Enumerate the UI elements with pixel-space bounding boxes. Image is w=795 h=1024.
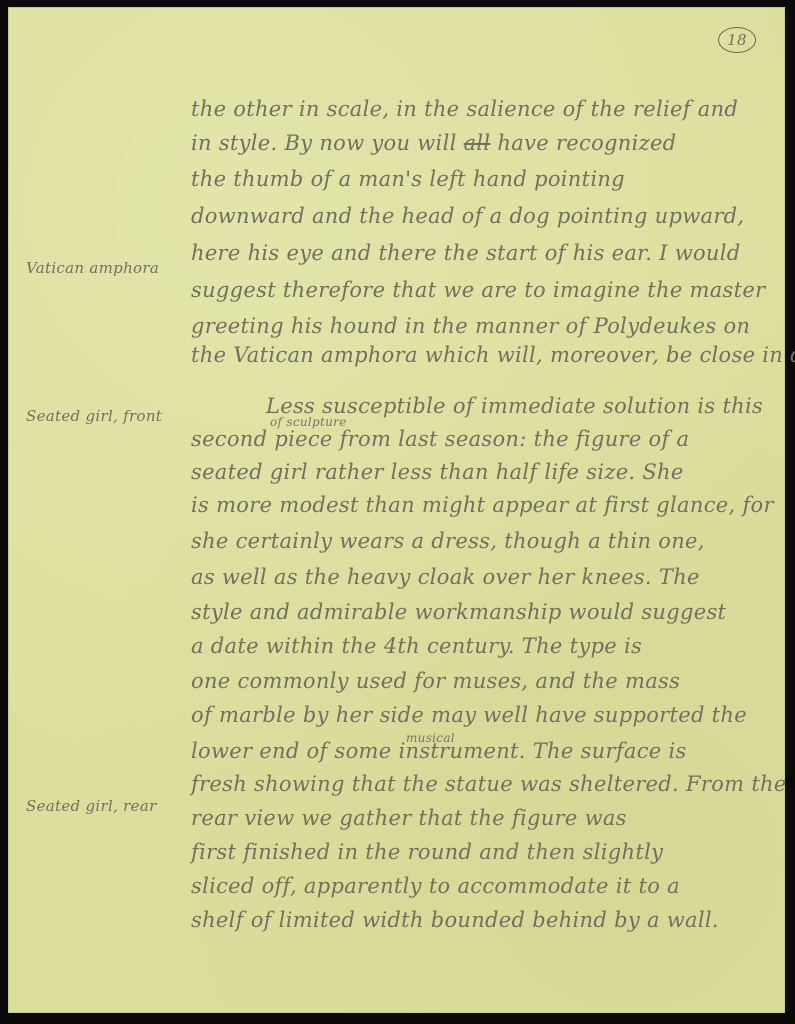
text-line-16: a date within the 4th century. The type … — [191, 632, 791, 660]
text-line-23: sliced off, apparently to accommodate it… — [191, 872, 791, 900]
text-line-17: one commonly used for muses, and the mas… — [191, 667, 791, 695]
text-line-6: suggest therefore that we are to imagine… — [191, 276, 791, 304]
text-line-10: second piece from last season: the figur… — [191, 425, 791, 453]
text-line-9: Less susceptible of immediate solution i… — [266, 392, 795, 420]
text-line-22: first finished in the round and then sli… — [191, 838, 791, 866]
manuscript-page: 18 Vatican amphora Seated girl, front Se… — [8, 7, 785, 1013]
text-segment: in style. By now you will — [191, 131, 464, 155]
page-number: 18 — [718, 27, 756, 53]
text-line-20: fresh showing that the statue was shelte… — [191, 770, 791, 798]
text-line-11: seated girl rather less than half life s… — [191, 458, 791, 486]
text-line-7: greeting his hound in the manner of Poly… — [191, 312, 791, 340]
text-line-24: shelf of limited width bounded behind by… — [191, 906, 791, 934]
struck-word: all — [464, 131, 491, 155]
text-line-15: style and admirable workmanship would su… — [191, 598, 791, 626]
text-line-12: is more modest than might appear at firs… — [191, 491, 791, 519]
text-line-3: the thumb of a man's left hand pointing — [191, 165, 791, 193]
text-line-14: as well as the heavy cloak over her knee… — [191, 563, 791, 591]
margin-note-seated-girl-rear: Seated girl, rear — [26, 797, 157, 815]
text-line-19: lower end of some instrument. The surfac… — [191, 737, 791, 765]
text-line-8: the Vatican amphora which will, moreover… — [191, 341, 791, 369]
margin-note-vatican-amphora: Vatican amphora — [26, 259, 159, 277]
text-line-1: the other in scale, in the salience of t… — [191, 95, 791, 123]
text-line-2: in style. By now you will all have recog… — [191, 129, 791, 157]
text-line-5: here his eye and there the start of his … — [191, 239, 791, 267]
text-line-21: rear view we gather that the figure was — [191, 804, 791, 832]
margin-note-seated-girl-front: Seated girl, front — [26, 407, 162, 425]
text-line-13: she certainly wears a dress, though a th… — [191, 527, 791, 555]
text-line-4: downward and the head of a dog pointing … — [191, 202, 791, 230]
text-segment: have recognized — [490, 131, 676, 155]
text-line-18: of marble by her side may well have supp… — [191, 701, 791, 729]
